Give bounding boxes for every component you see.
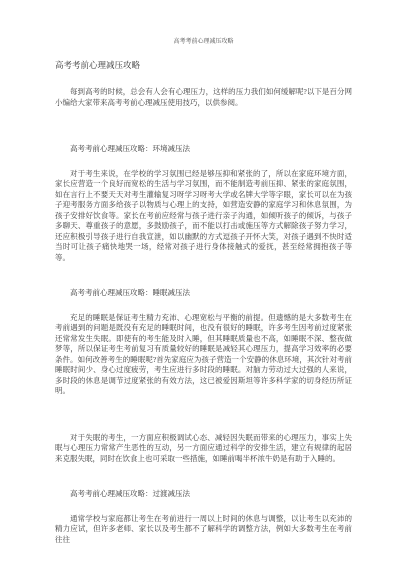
section-sleep-paragraph-1: 充足的睡眠是保证考生精力充沛、心理宽松与平衡的前提。但遗憾的是大多数考生在考前遇… [55, 313, 352, 397]
section-environment-paragraph: 对于考生来说，在学校的学习氛围已经是够压抑和紧张的了，所以在家庭环境方面，家长应… [55, 169, 352, 264]
section-heading-transition: 高考考前心理减压攻略：过渡减压法 [55, 489, 352, 500]
document-page: 高考考前心理减压攻略 高考考前心理减压攻略 每到高考的时候，总会有人会有心理压力… [0, 0, 400, 566]
section-sleep-paragraph-2: 对于失眠的考生，一方面应积极调试心态、减轻因失眠而带来的心理压力，事实上失眠与心… [55, 433, 352, 465]
section-heading-sleep: 高考考前心理减压攻略：睡眠减压法 [55, 288, 352, 299]
intro-paragraph: 每到高考的时候，总会有人会有心理压力，这样的压力我们如何缓解呢?以下是百分网小编… [55, 87, 352, 108]
section-heading-environment: 高考考前心理减压攻略：环境减压法 [55, 144, 352, 155]
document-header-title: 高考考前心理减压攻略 [55, 38, 352, 46]
section-transition-paragraph: 通常学校与家庭都让考生在考前进行一周以上时间的休息与调整，以让考生以充沛的精力应… [55, 514, 352, 546]
document-title: 高考考前心理减压攻略 [55, 59, 352, 71]
